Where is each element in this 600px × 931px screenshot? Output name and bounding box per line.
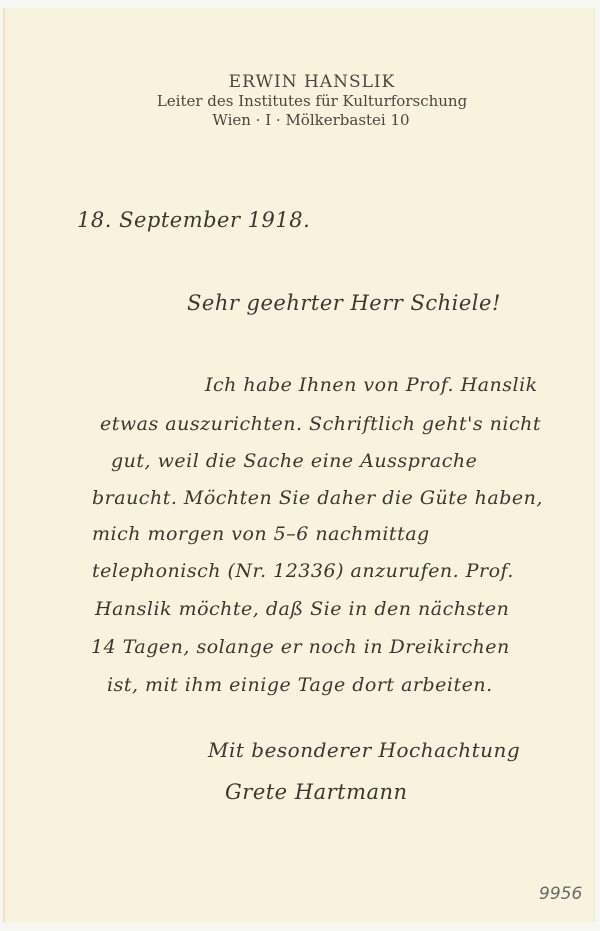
letter-closing: Mit besonderer Hochachtung [208, 738, 520, 762]
body-line: Hanslik möchte, daß Sie in den nächsten [95, 598, 509, 620]
letterhead-address: Wien · I · Mölkerbastei 10 [17, 111, 600, 130]
letter-sheet: ERWIN HANSLIK Leiter des Institutes für … [3, 8, 595, 922]
letterhead-title: Leiter des Institutes für Kulturforschun… [19, 92, 600, 111]
letter-date: 18. September 1918. [77, 208, 310, 232]
body-line: telephonisch (Nr. 12336) anzurufen. Prof… [92, 560, 514, 582]
body-line: 14 Tagen, solange er noch in Dreikirchen [91, 636, 510, 658]
letterhead: ERWIN HANSLIK Leiter des Institutes für … [5, 72, 600, 130]
body-line: Ich habe Ihnen von Prof. Hanslik [205, 374, 538, 396]
letter-signature: Grete Hartmann [225, 780, 408, 804]
body-line: mich morgen von 5–6 nachmittag [92, 523, 430, 545]
body-line: gut, weil die Sache eine Aussprache [111, 450, 477, 472]
body-line: etwas auszurichten. Schriftlich geht's n… [100, 413, 541, 435]
body-line: ist, mit ihm einige Tage dort arbeiten. [107, 674, 493, 696]
archive-number: 9956 [539, 884, 582, 904]
body-line: braucht. Möchten Sie daher die Güte habe… [92, 487, 543, 509]
letter-salutation: Sehr geehrter Herr Schiele! [187, 291, 501, 315]
letterhead-name: ERWIN HANSLIK [19, 72, 600, 92]
